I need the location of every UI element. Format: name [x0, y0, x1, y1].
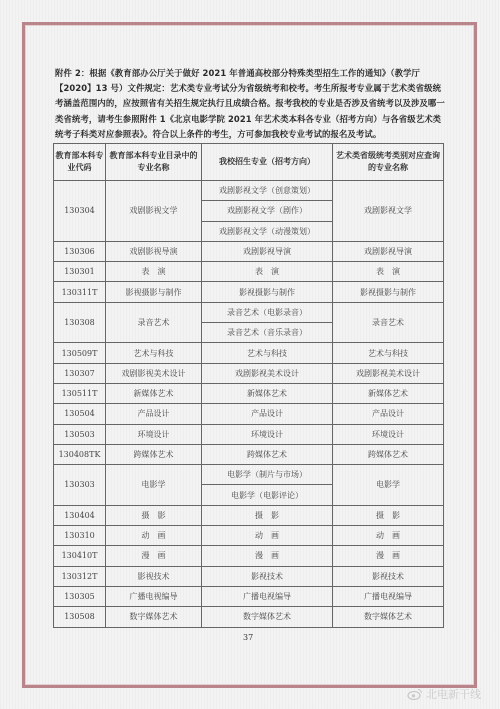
cell-code: 130410T: [54, 546, 106, 566]
header-code: 教育部本科专业代码: [54, 144, 106, 181]
cell-exam-category: 影视技术: [333, 566, 444, 586]
cell-exam-category: 动 画: [333, 526, 444, 546]
cell-catalog-name: 影视摄影与制作: [106, 282, 202, 302]
cell-exam-category: 数字媒体艺术: [333, 607, 444, 627]
table-row: 130311T影视摄影与制作影视摄影与制作影视摄影与制作: [54, 282, 444, 302]
cell-code: 130511T: [54, 383, 106, 403]
cell-catalog-name: 产品设计: [106, 404, 202, 424]
cell-direction: 艺术与科技: [202, 343, 333, 363]
cell-code: 130509T: [54, 343, 106, 363]
cell-exam-category: 跨媒体艺术: [333, 444, 444, 464]
cell-exam-category: 摄 影: [333, 505, 444, 525]
cell-catalog-name: 跨媒体艺术: [106, 444, 202, 464]
cell-direction: 录音艺术（音乐录音）: [202, 323, 333, 343]
cell-direction: 动 画: [202, 526, 333, 546]
header-catalog-name: 教育部本科专业目录中的专业名称: [106, 144, 202, 181]
cell-direction: 戏剧影视导演: [202, 241, 333, 261]
cell-code: 130408TK: [54, 444, 106, 464]
cell-code: 130303: [54, 465, 106, 506]
cell-catalog-name: 漫 画: [106, 546, 202, 566]
cell-catalog-name: 戏剧影视文学: [106, 181, 202, 242]
cell-catalog-name: 艺术与科技: [106, 343, 202, 363]
table-row: 130508数字媒体艺术数字媒体艺术数字媒体艺术: [54, 607, 444, 627]
table-row: 130511T新媒体艺术新媒体艺术新媒体艺术: [54, 383, 444, 403]
cell-exam-category: 广播电视编导: [333, 586, 444, 606]
cell-catalog-name: 环境设计: [106, 424, 202, 444]
table-row: 130303电影学电影学（制片与市场）电影学: [54, 465, 444, 485]
cell-code: 130404: [54, 505, 106, 525]
cell-catalog-name: 新媒体艺术: [106, 383, 202, 403]
watermark-text: 北电新干线: [426, 686, 481, 702]
cell-direction: 新媒体艺术: [202, 383, 333, 403]
cell-direction: 表 演: [202, 262, 333, 282]
cell-direction: 戏剧影视文学（动漫策划）: [202, 221, 333, 241]
table-row: 130308录音艺术录音艺术（电影录音）录音艺术: [54, 302, 444, 322]
cell-direction: 录音艺术（电影录音）: [202, 302, 333, 322]
cell-code: 130308: [54, 302, 106, 343]
watermark: 北电新干线: [407, 686, 481, 702]
weibo-icon: [407, 688, 423, 700]
cell-code: 130311T: [54, 282, 106, 302]
cell-catalog-name: 数字媒体艺术: [106, 607, 202, 627]
cell-catalog-name: 表 演: [106, 262, 202, 282]
cell-catalog-name: 戏剧影视美术设计: [106, 363, 202, 383]
cell-direction: 广播电视编导: [202, 586, 333, 606]
header-direction: 我校招生专业（招考方向）: [202, 144, 333, 181]
table-row: 130307戏剧影视美术设计戏剧影视美术设计戏剧影视美术设计: [54, 363, 444, 383]
cell-direction: 影视摄影与制作: [202, 282, 333, 302]
cell-exam-category: 戏剧影视美术设计: [333, 363, 444, 383]
cell-code: 130310: [54, 526, 106, 546]
table-row: 130410T漫 画漫 画漫 画: [54, 546, 444, 566]
cell-catalog-name: 摄 影: [106, 505, 202, 525]
cell-catalog-name: 广播电视编导: [106, 586, 202, 606]
cell-exam-category: 戏剧影视文学: [333, 181, 444, 242]
table-row: 130504产品设计产品设计产品设计: [54, 404, 444, 424]
intro-paragraph: 附件 2：根据《教育部办公厅关于做好 2021 年普通高校部分特殊类型招生工作的…: [55, 66, 447, 142]
cell-exam-category: 漫 画: [333, 546, 444, 566]
table-row: 130312T影视技术影视技术影视技术: [54, 566, 444, 586]
cell-direction: 电影学（电影评论）: [202, 485, 333, 505]
cell-exam-category: 表 演: [333, 262, 444, 282]
cell-code: 130307: [54, 363, 106, 383]
cell-catalog-name: 电影学: [106, 465, 202, 506]
table-row: 130408TK跨媒体艺术跨媒体艺术跨媒体艺术: [54, 444, 444, 464]
table-row: 130301表 演表 演表 演: [54, 262, 444, 282]
table-row: 130306戏剧影视导演戏剧影视导演戏剧影视导演: [54, 241, 444, 261]
cell-code: 130305: [54, 586, 106, 606]
cell-direction: 戏剧影视文学（创意策划）: [202, 181, 333, 201]
cell-direction: 影视技术: [202, 566, 333, 586]
cell-exam-category: 新媒体艺术: [333, 383, 444, 403]
cell-code: 130306: [54, 241, 106, 261]
cell-direction: 数字媒体艺术: [202, 607, 333, 627]
cell-catalog-name: 影视技术: [106, 566, 202, 586]
cell-exam-category: 影视摄影与制作: [333, 282, 444, 302]
table-header-row: 教育部本科专业代码 教育部本科专业目录中的专业名称 我校招生专业（招考方向） 艺…: [54, 144, 444, 181]
cell-direction: 跨媒体艺术: [202, 444, 333, 464]
cell-catalog-name: 动 画: [106, 526, 202, 546]
header-exam-category: 艺术类省级统考类别对应查询的专业名称: [333, 144, 444, 181]
cell-direction: 戏剧影视美术设计: [202, 363, 333, 383]
cell-exam-category: 环境设计: [333, 424, 444, 444]
table-row: 130509T艺术与科技艺术与科技艺术与科技: [54, 343, 444, 363]
cell-catalog-name: 戏剧影视导演: [106, 241, 202, 261]
cell-direction: 戏剧影视文学（剧作）: [202, 201, 333, 221]
cell-exam-category: 录音艺术: [333, 302, 444, 343]
page-number: 37: [243, 633, 253, 642]
cell-direction: 电影学（制片与市场）: [202, 465, 333, 485]
cell-code: 130504: [54, 404, 106, 424]
cell-code: 130301: [54, 262, 106, 282]
cell-code: 130508: [54, 607, 106, 627]
cell-catalog-name: 录音艺术: [106, 302, 202, 343]
table-row: 130310动 画动 画动 画: [54, 526, 444, 546]
cell-code: 130503: [54, 424, 106, 444]
cell-direction: 摄 影: [202, 505, 333, 525]
table-row: 130305广播电视编导广播电视编导广播电视编导: [54, 586, 444, 606]
table-body: 130304戏剧影视文学戏剧影视文学（创意策划）戏剧影视文学戏剧影视文学（剧作）…: [54, 181, 444, 628]
majors-table: 教育部本科专业代码 教育部本科专业目录中的专业名称 我校招生专业（招考方向） 艺…: [53, 143, 444, 628]
table-row: 130404摄 影摄 影摄 影: [54, 505, 444, 525]
cell-direction: 产品设计: [202, 404, 333, 424]
table-row: 130503环境设计环境设计环境设计: [54, 424, 444, 444]
cell-exam-category: 戏剧影视导演: [333, 241, 444, 261]
cell-direction: 环境设计: [202, 424, 333, 444]
cell-code: 130312T: [54, 566, 106, 586]
cell-direction: 漫 画: [202, 546, 333, 566]
cell-exam-category: 电影学: [333, 465, 444, 506]
cell-code: 130304: [54, 181, 106, 242]
cell-exam-category: 艺术与科技: [333, 343, 444, 363]
table-row: 130304戏剧影视文学戏剧影视文学（创意策划）戏剧影视文学: [54, 181, 444, 201]
cell-exam-category: 产品设计: [333, 404, 444, 424]
